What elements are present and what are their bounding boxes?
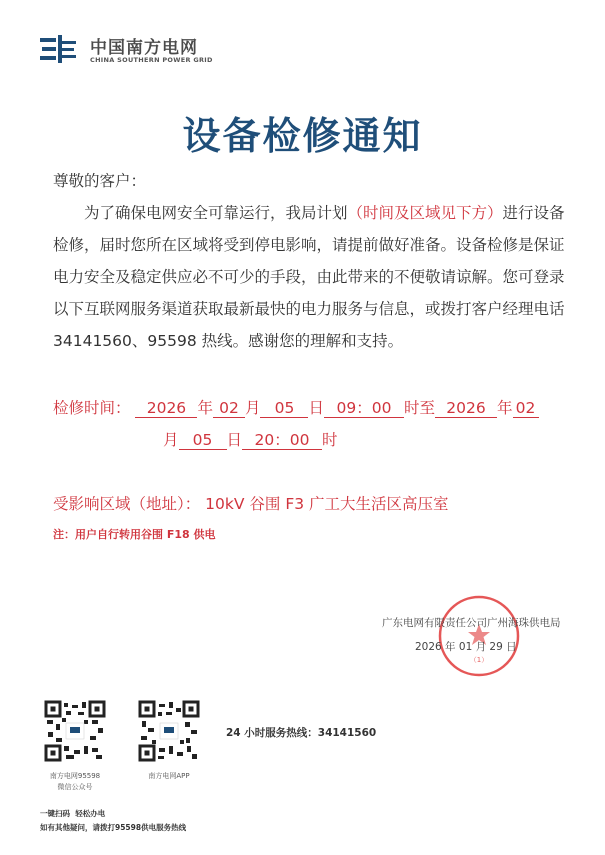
issue-date: 2026 年 01 月 29 日 [415,639,517,654]
wechat-qr-label: 南方电网95598 微信公众号 [34,771,116,793]
to-label: 时至 [404,399,435,417]
official-seal-icon: （1） [437,594,521,678]
footer-slogan: 一键扫码 轻松办电 [40,808,105,819]
svg-text:（1）: （1） [470,656,488,664]
year-unit: 年 [497,399,513,417]
year-unit: 年 [197,399,213,417]
maintenance-time: 检修时间： 2026年02月05日09：00时至2026年02 月05日20：0… [53,392,593,456]
time-line-1: 检修时间： 2026年02月05日09：00时至2026年02 [53,392,593,424]
end-time: 20：00 [242,431,322,450]
company-logo: 中国南方电网 CHINA SOUTHERN POWER GRID [40,33,230,69]
affected-area: 受影响区域（地址）： 10kV 谷围 F3 广工大生活区高压室 [53,492,449,514]
power-grid-logo-icon [40,35,76,63]
month-unit: 月 [245,399,261,417]
time-line-2: 月05日20：00时 [53,424,593,456]
service-hotline: 24 小时服务热线：34141560 [226,725,376,740]
notice-body: 为了确保电网安全可靠运行，我局计划（时间及区域见下方）进行设备检修，届时您所在区… [53,197,573,357]
body-part1: 为了确保电网安全可靠运行，我局计划 [84,204,348,222]
end-day: 05 [179,431,227,450]
qr-label-line: 南方电网95598 [34,771,116,782]
end-year: 2026 [435,399,497,418]
body-part2: 进行设备检修，届时您所在区域将受到停电影响，请提前做好准备。设备检修是保证电力安… [53,204,565,350]
start-day: 05 [260,399,308,418]
day-unit: 日 [308,399,324,417]
day-unit: 日 [227,431,243,449]
start-time: 09：00 [324,399,404,418]
end-month: 02 [513,399,539,418]
supply-note: 注：用户自行转用谷围 F18 供电 [53,526,215,542]
start-month: 02 [213,399,245,418]
qr-label-line: 微信公众号 [34,782,116,793]
logo-name-cn: 中国南方电网 [90,33,198,58]
body-highlight: （时间及区域见下方） [348,204,503,222]
footer-help-text: 如有其他疑问，请拨打95598供电服务热线 [40,822,186,833]
start-year: 2026 [135,399,197,418]
wechat-qr-code-icon[interactable] [44,700,106,762]
greeting: 尊敬的客户： [53,165,573,197]
hour-unit: 时 [322,431,338,449]
time-label: 检修时间： [53,399,131,417]
app-qr-label: 南方电网APP [128,771,210,782]
month-unit: 月 [163,431,179,449]
logo-name-en: CHINA SOUTHERN POWER GRID [90,56,213,64]
issuing-organization: 广东电网有限责任公司广州海珠供电局 [382,615,561,630]
page-title: 设备检修通知 [0,105,605,160]
app-qr-code-icon[interactable] [138,700,200,762]
qr-label-line: 南方电网APP [128,771,210,782]
